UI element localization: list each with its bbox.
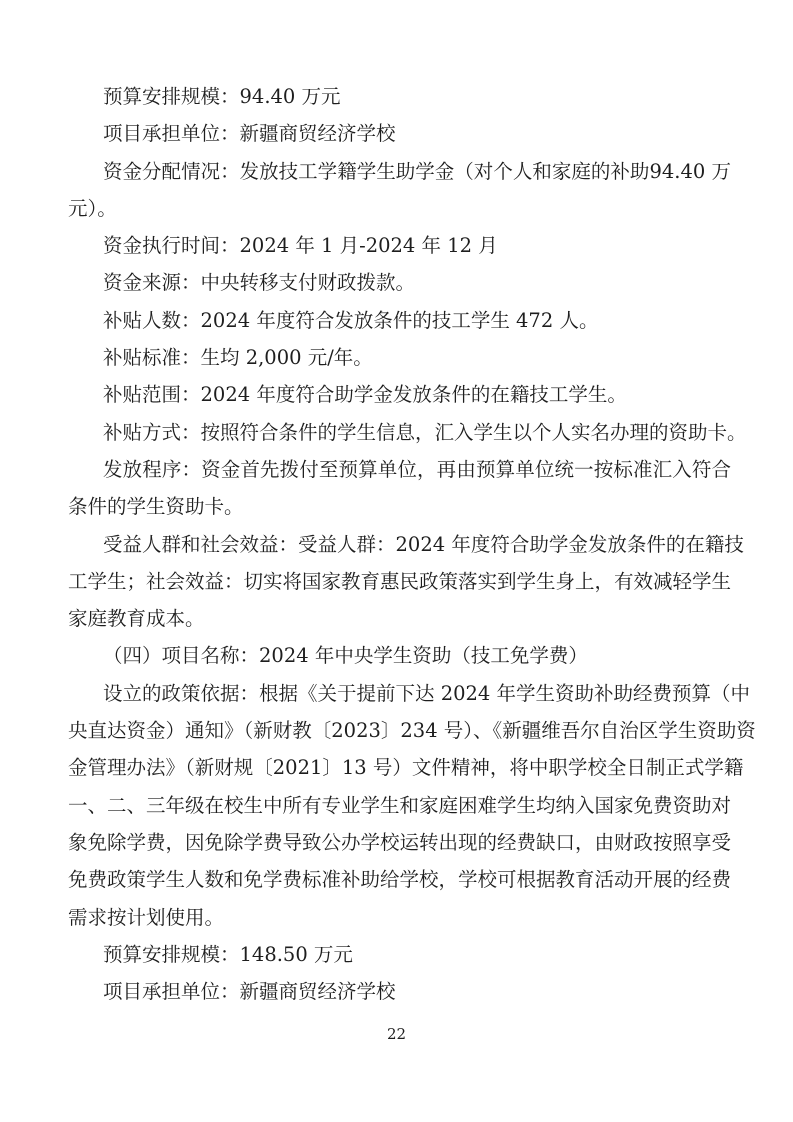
- text-line: 元）。: [68, 190, 731, 227]
- text-line: 补贴人数：2024 年度符合发放条件的技工学生 472 人。: [68, 302, 731, 339]
- text-line: 受益人群和社会效益：受益人群：2024 年度符合助学金发放条件的在籍技: [68, 526, 731, 563]
- text-line: 资金来源：中央转移支付财政拨款。: [68, 264, 731, 301]
- text-line: 发放程序：资金首先拨付至预算单位，再由预算单位统一按标准汇入符合: [68, 451, 731, 488]
- text-line: 免费政策学生人数和免学费标准补助给学校，学校可根据教育活动开展的经费: [68, 861, 731, 898]
- document-body: 预算安排规模：94.40 万元项目承担单位：新疆商贸经济学校资金分配情况：发放技…: [68, 78, 731, 1010]
- text-line: 一、二、三年级在校生中所有专业学生和家庭困难学生均纳入国家免费资助对: [68, 787, 731, 824]
- text-line: 央直达资金）通知》（新财教〔2023〕234 号）、《新疆维吾尔自治区学生资助资: [68, 712, 731, 749]
- text-line: 补贴方式：按照符合条件的学生信息，汇入学生以个人实名办理的资助卡。: [68, 414, 731, 451]
- text-line: 条件的学生资助卡。: [68, 488, 731, 525]
- text-line: 象免除学费，因免除学费导致公办学校运转出现的经费缺口，由财政按照享受: [68, 824, 731, 861]
- text-line: 预算安排规模：148.50 万元: [68, 936, 731, 973]
- text-line: 补贴范围：2024 年度符合助学金发放条件的在籍技工学生。: [68, 376, 731, 413]
- text-line: 项目承担单位：新疆商贸经济学校: [68, 115, 731, 152]
- text-line: 金管理办法》（新财规〔2021〕13 号）文件精神，将中职学校全日制正式学籍: [68, 749, 731, 786]
- text-line: 家庭教育成本。: [68, 600, 731, 637]
- text-line: （四）项目名称：2024 年中央学生资助（技工免学费）: [68, 637, 731, 674]
- text-line: 工学生；社会效益：切实将国家教育惠民政策落实到学生身上，有效减轻学生: [68, 563, 731, 600]
- page-number: 22: [0, 1025, 793, 1043]
- text-line: 资金分配情况：发放技工学籍学生助学金（对个人和家庭的补助94.40 万: [68, 153, 731, 190]
- document-page: 预算安排规模：94.40 万元项目承担单位：新疆商贸经济学校资金分配情况：发放技…: [0, 0, 793, 1122]
- text-line: 项目承担单位：新疆商贸经济学校: [68, 973, 731, 1010]
- text-line: 需求按计划使用。: [68, 899, 731, 936]
- text-line: 设立的政策依据：根据《关于提前下达 2024 年学生资助补助经费预算（中: [68, 675, 731, 712]
- text-line: 预算安排规模：94.40 万元: [68, 78, 731, 115]
- text-line: 补贴标准：生均 2,000 元/年。: [68, 339, 731, 376]
- text-line: 资金执行时间：2024 年 1 月-2024 年 12 月: [68, 227, 731, 264]
